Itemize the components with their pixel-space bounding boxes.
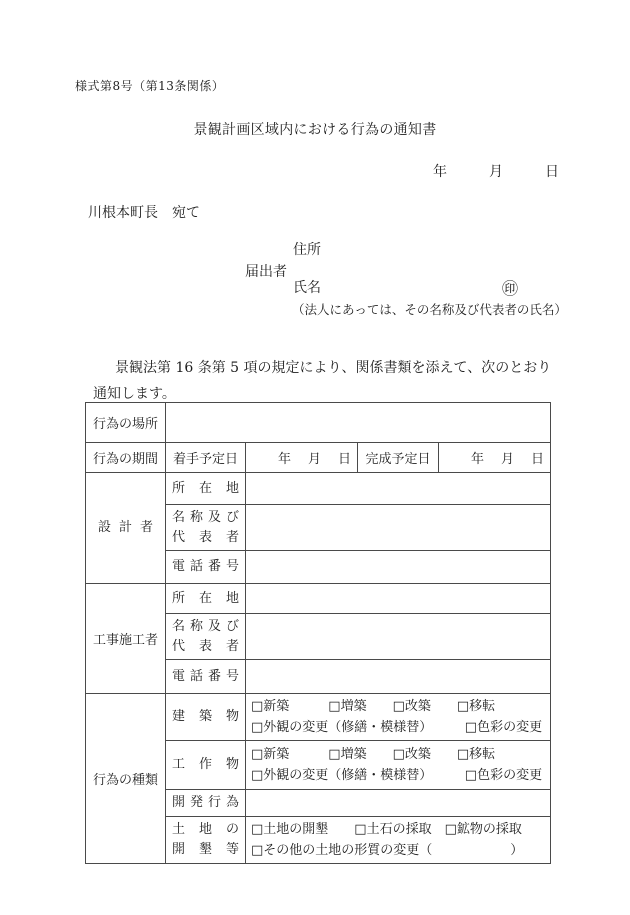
period-label-cell: 行為の期間 <box>86 443 166 473</box>
intro-paragraph: 景観法第 16 条第 5 項の規定により、関係書類を添えて、次のとおり 通知しま… <box>93 355 551 407</box>
contractor-name-label-line2: 代表者 <box>172 637 239 657</box>
contractor-address-value-cell[interactable] <box>246 584 551 614</box>
designer-phone-value-cell[interactable] <box>246 551 551 584</box>
structure-checkbox-row-2[interactable]: □外観の変更（修繕・模様替） □色彩の変更 <box>251 765 550 786</box>
notifier-address-label: 住所 <box>293 239 321 259</box>
corporate-note: （法人にあっては、その名称及び代表者の氏名） <box>292 300 567 318</box>
period-end-date-cell[interactable]: 年 月 日 <box>439 443 551 473</box>
structure-label-cell: 工作物 <box>166 741 246 790</box>
seal-stamp-icon: ㊞ <box>502 276 518 299</box>
form-number: 様式第8号（第13条関係） <box>75 77 224 94</box>
place-label-cell: 行為の場所 <box>86 403 166 443</box>
development-label-cell: 開発行為 <box>166 790 246 817</box>
period-start-date-cell[interactable]: 年 月 日 <box>246 443 358 473</box>
place-value-cell[interactable] <box>166 403 551 443</box>
designer-address-label-cell: 所在地 <box>166 473 246 505</box>
designer-phone-label-cell: 電話番号 <box>166 551 246 584</box>
land-checkbox-row-1[interactable]: □土地の開墾 □土石の採取 □鉱物の採取 <box>251 819 550 840</box>
contractor-phone-label-cell: 電話番号 <box>166 660 246 694</box>
designer-name-value-cell[interactable] <box>246 505 551 551</box>
land-options-cell: □土地の開墾 □土石の採取 □鉱物の採取 □その他の土地の形質の変更（ ） <box>246 817 551 864</box>
notification-form-table: 行為の場所 行為の期間 着手予定日 年 月 日 完成予定日 年 月 日 設計者 … <box>85 402 551 864</box>
act-type-label-cell: 行為の種類 <box>86 694 166 864</box>
notifier-group-label: 届出者 <box>245 261 287 281</box>
intro-line-1: 景観法第 16 条第 5 項の規定により、関係書類を添えて、次のとおり <box>93 355 551 381</box>
land-checkbox-row-2[interactable]: □その他の土地の形質の変更（ ） <box>251 840 550 861</box>
land-label-line1: 土地の <box>172 820 239 840</box>
document-page: { "document": { "form_number": "様式第8号（第1… <box>0 0 630 915</box>
building-label-cell: 建築物 <box>166 694 246 741</box>
page-title: 景観計画区域内における行為の通知書 <box>0 119 630 139</box>
structure-options-cell: □新築 □増築 □改築 □移転 □外観の変更（修繕・模様替） □色彩の変更 <box>246 741 551 790</box>
building-options-cell: □新築 □増築 □改築 □移転 □外観の変更（修繕・模様替） □色彩の変更 <box>246 694 551 741</box>
contractor-name-value-cell[interactable] <box>246 614 551 660</box>
date-line: 年 月 日 <box>433 161 559 181</box>
land-label-line2: 開墾等 <box>172 840 239 860</box>
contractor-name-label-line1: 名称及び <box>172 617 239 637</box>
designer-name-label-line1: 名称及び <box>172 508 239 528</box>
contractor-address-label-cell: 所在地 <box>166 584 246 614</box>
designer-name-label-line2: 代表者 <box>172 528 239 548</box>
designer-name-label-cell: 名称及び 代表者 <box>166 505 246 551</box>
contractor-phone-value-cell[interactable] <box>246 660 551 694</box>
designer-address-value-cell[interactable] <box>246 473 551 505</box>
addressee-line: 川根本町長 宛て <box>88 202 200 222</box>
notifier-name-label: 氏名 <box>293 277 321 297</box>
development-value-cell[interactable] <box>246 790 551 817</box>
period-end-label-cell: 完成予定日 <box>358 443 439 473</box>
contractor-label-cell: 工事施工者 <box>86 584 166 694</box>
building-checkbox-row-1[interactable]: □新築 □増築 □改築 □移転 <box>251 696 550 717</box>
contractor-name-label-cell: 名称及び 代表者 <box>166 614 246 660</box>
structure-checkbox-row-1[interactable]: □新築 □増築 □改築 □移転 <box>251 744 550 765</box>
designer-label-cell: 設計者 <box>86 473 166 584</box>
period-start-label-cell: 着手予定日 <box>166 443 246 473</box>
building-checkbox-row-2[interactable]: □外観の変更（修繕・模様替） □色彩の変更 <box>251 717 550 738</box>
land-label-cell: 土地の 開墾等 <box>166 817 246 864</box>
